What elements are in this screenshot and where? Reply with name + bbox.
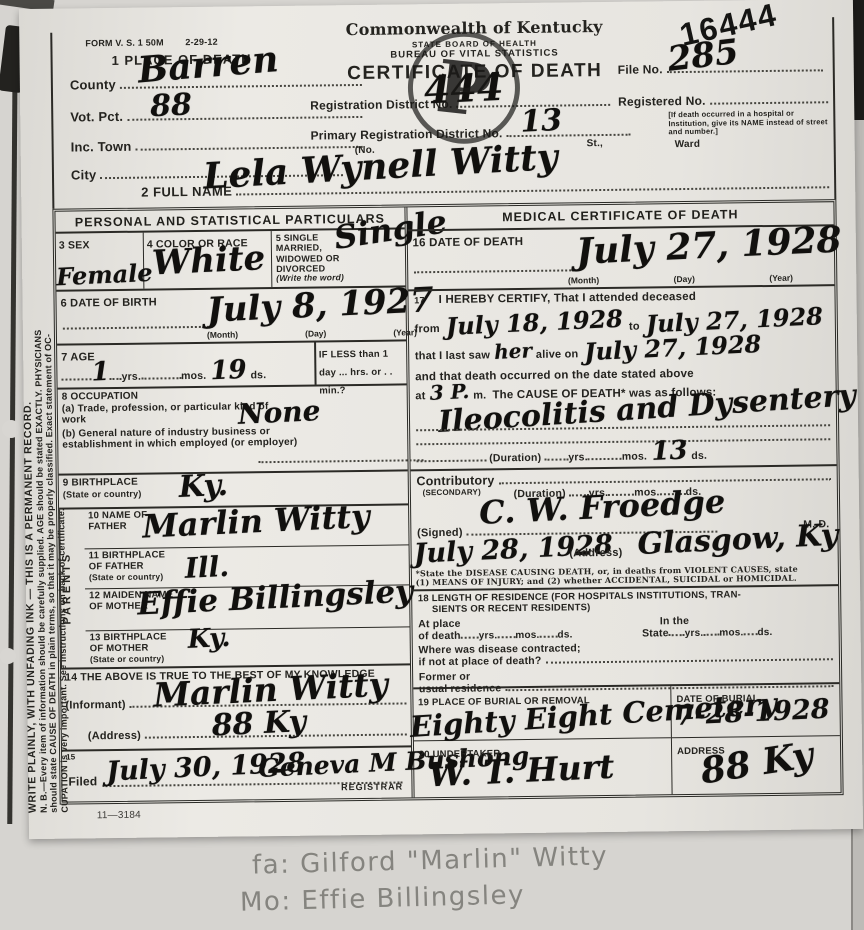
undertaker-value: W. T. Hurt: [427, 750, 614, 792]
contributory-row: Contributory (SECONDARY) (Duration) yrs.…: [410, 466, 838, 591]
county-value: Barren: [136, 41, 279, 88]
dotted-line: [258, 457, 423, 463]
age-months-unit: mos.: [181, 370, 206, 382]
primary-district-value: 13: [520, 106, 563, 138]
month-caption: (Month): [568, 275, 599, 285]
duration-mos-unit: mos.: [622, 450, 647, 462]
ds-unit: ds.: [757, 627, 772, 639]
mos-unit: mos.: [719, 627, 743, 639]
informant-address-value: 88 Ky: [211, 707, 307, 741]
dotted-line: [703, 632, 719, 636]
duration-label: (Duration): [489, 452, 541, 465]
certificate-paper: WRITE PLAINLY, WITH UNFADING INK — THIS …: [19, 0, 863, 839]
filed-label: Filed: [68, 775, 97, 789]
date-of-death-row: 16 DATE OF DEATH July 27, 1928 (Month) (…: [407, 226, 834, 291]
attended-to-date: July 27, 1928: [645, 309, 823, 332]
at-label: at: [415, 390, 425, 403]
dotted-line: [545, 657, 833, 665]
sex-label: 3 SEX: [59, 239, 90, 251]
mos-unit: mos.: [515, 630, 539, 642]
disease-contracted-label-2: if not at place of death?: [419, 655, 542, 669]
occupation-row: 8 OCCUPATION (a) Trade, profession, or p…: [58, 385, 408, 475]
day-caption: (Day): [674, 274, 695, 284]
mother-birthplace-cell: 13 BIRTHPLACE OF MOTHER (State or countr…: [86, 627, 410, 667]
informant-label: (Informant): [65, 699, 125, 712]
dod-captions: (Month) (Day) (Year): [568, 273, 793, 286]
birthplace-value: Ky.: [178, 471, 229, 503]
age-days-value: 19: [210, 363, 247, 380]
at-place-of-death-field: At place of death yrs. mos. ds.: [418, 615, 642, 642]
inc-town-label: Inc. Town: [71, 140, 132, 156]
father-birthplace-label: 11 BIRTHPLACE OF FATHER: [89, 550, 169, 573]
dotted-line: [539, 633, 557, 637]
informant-row: 14 THE ABOVE IS TRUE TO THE BEST OF MY K…: [61, 665, 411, 751]
dod-value: July 27, 1928: [575, 221, 842, 269]
alive-on-label: alive on: [536, 348, 579, 361]
last-seen-date: July 27, 1928: [584, 337, 762, 360]
cause-footnote: *State the DISEASE CAUSING DEATH, or, in…: [416, 564, 835, 587]
parents-row: PARENTS 10 NAME OF FATHER Marlin Witty 1…: [59, 505, 410, 669]
mother-maiden-name-cell: 12 MAIDEN NAME OF MOTHER Effie Billingsl…: [85, 585, 409, 631]
attended-from-date: July 18, 1928: [446, 312, 624, 335]
dotted-line: [414, 267, 574, 273]
year-caption: (Year): [769, 273, 793, 283]
dotted-line: [110, 376, 122, 380]
day-caption: (Day): [305, 328, 326, 338]
certify-text: I HEREBY CERTIFY, That I attended deceas…: [439, 291, 697, 307]
date-of-birth-row: 6 DATE OF BIRTH July 8, 1927 (Month) (Da…: [56, 287, 405, 345]
parents-vertical-label: PARENTS: [59, 509, 86, 667]
dotted-line: [461, 634, 479, 638]
in-state-field: In the State yrs. mos. ds.: [642, 613, 833, 640]
hour-of-death-value: 3 P.: [429, 385, 469, 399]
father-name-cell: 10 NAME OF FATHER Marlin Witty: [84, 505, 408, 549]
vot-pct-label: Vot. Pct.: [70, 110, 123, 126]
undertaker-address-cell: ADDRESS 88 Ky: [672, 736, 841, 790]
occupation-a-value: None: [237, 397, 321, 429]
form-print-code: 11—3184: [97, 810, 141, 822]
pencil-note-mother: Mo: Effie Billingsley: [240, 880, 526, 917]
dob-label: 6 DATE OF BIRTH: [60, 296, 156, 309]
hospital-note: [If death occurred in a hospital or Inst…: [668, 109, 830, 137]
month-caption: (Month): [207, 329, 238, 339]
ds-unit: ds.: [557, 629, 572, 641]
from-label: from: [415, 323, 440, 336]
sex-color-marital-row: 3 SEX Female 4 COLOR OR RACE White 5 SIN…: [56, 229, 405, 291]
dotted-line: [499, 476, 831, 484]
dotted-line: [544, 456, 568, 460]
marital-cell: 5 SINGLE MARRIED, WIDOWED OR DIVORCED (W…: [272, 229, 405, 287]
mother-birthplace-label: 13 BIRTHPLACE OF MOTHER: [90, 632, 180, 655]
pencil-note-father: fa: Gilford "Marlin" Witty: [252, 841, 609, 880]
burial-undertaker-row: 19 PLACE OF BURIAL OR REMOVAL 20 UNDERTA…: [413, 684, 841, 797]
cause-duration-line: (Duration) yrs. mos. 13 ds.: [416, 442, 831, 465]
certify-item-number: 17: [414, 295, 425, 305]
registrar-label: REGISTRAR: [341, 781, 403, 792]
age-years-value: 1: [91, 365, 110, 381]
vot-pct-value: 88: [149, 90, 192, 122]
certificate-body: PERSONAL AND STATISTICAL PARTICULARS 3 S…: [52, 199, 843, 805]
medical-certificate-column: MEDICAL CERTIFICATE OF DEATH 16 DATE OF …: [407, 202, 841, 797]
duration-ds-unit: ds.: [691, 450, 707, 462]
certification-row: 17 I HEREBY CERTIFY, That I attended dec…: [408, 286, 836, 471]
mother-birthplace-value: Ky.: [187, 625, 231, 653]
city-label: City: [71, 168, 97, 183]
signed-address-value: Glasgow, Ky: [637, 521, 839, 560]
dob-captions: (Month) (Day) (Year): [207, 327, 417, 340]
undertaker-cell: 20 UNDERTAKER W. T. Hurt: [414, 738, 672, 793]
color-race-cell: 4 COLOR OR RACE White: [144, 231, 273, 289]
scan-hole-bottom: [0, 648, 16, 664]
scan-hole-top: [2, 420, 20, 438]
registered-no-field: Registered No.: [618, 93, 828, 109]
dotted-line: [141, 375, 181, 379]
filed-item-number: 15: [66, 752, 75, 761]
signed-address-label: (Address): [569, 547, 622, 560]
physician-signature: C. W. Froedge: [478, 485, 725, 529]
registered-no-label: Registered No.: [618, 95, 706, 110]
color-race-value: White: [151, 241, 266, 280]
stamp-letter: P: [432, 42, 495, 132]
file-no-label: File No.: [618, 63, 663, 77]
meridiem-label: m.: [473, 389, 486, 402]
at-place-label-2: of death: [418, 630, 461, 643]
personal-particulars-column: PERSONAL AND STATISTICAL PARTICULARS 3 S…: [55, 207, 414, 801]
if-less-cell: IF LESS than 1 day ... hrs. or . . min.?: [314, 341, 407, 384]
county-label: County: [70, 78, 116, 93]
dotted-line: [61, 376, 91, 380]
informant-address-label: (Address): [88, 729, 141, 742]
mother-birthplace-hint: (State or country): [90, 651, 406, 665]
dotted-line: [416, 457, 486, 462]
age-years-unit: yrs.: [121, 371, 141, 383]
last-saw-pronoun: her: [494, 344, 532, 358]
dotted-line: [743, 631, 757, 635]
duration-days-value: 13: [651, 443, 688, 460]
sex-value: Female: [56, 261, 153, 290]
dotted-line: [710, 99, 829, 104]
yrs-unit: yrs.: [479, 630, 498, 642]
file-no-value: 285: [666, 35, 740, 77]
length-of-residence-row: 18 LENGTH OF RESIDENCE (FOR HOSPITALS IN…: [412, 586, 839, 689]
last-saw-label: that I last saw: [415, 349, 490, 363]
father-name-value: Marlin Witty: [142, 500, 371, 543]
sex-cell: 3 SEX Female: [56, 233, 145, 290]
ward-label: Ward: [675, 139, 701, 151]
contributory-label: Contributory: [416, 473, 494, 488]
yrs-unit: yrs.: [685, 628, 704, 640]
dotted-line: [63, 324, 213, 330]
age-days-unit: ds.: [250, 369, 266, 381]
duration-yrs-unit: yrs.: [568, 451, 588, 463]
to-label: to: [629, 321, 640, 334]
form-right-rule: [832, 17, 836, 199]
age-cell: 7 AGE 1 yrs. mos. 19 ds.: [57, 343, 314, 388]
dod-label: 16 DATE OF DEATH: [412, 236, 523, 249]
dob-value: July 8, 1927: [206, 283, 435, 328]
filed-row: 15 Filed July 30, 1928 Geneva M Bushong …: [62, 747, 411, 797]
father-birthplace-value: Ill.: [184, 553, 229, 583]
dotted-line: [669, 632, 685, 636]
scanned-death-certificate: WRITE PLAINLY, WITH UNFADING INK — THIS …: [0, 0, 864, 930]
age-row: 7 AGE 1 yrs. mos. 19 ds.: [57, 341, 406, 389]
state-label: State: [642, 627, 669, 639]
dotted-line: [588, 456, 622, 460]
dotted-line: [497, 634, 515, 638]
